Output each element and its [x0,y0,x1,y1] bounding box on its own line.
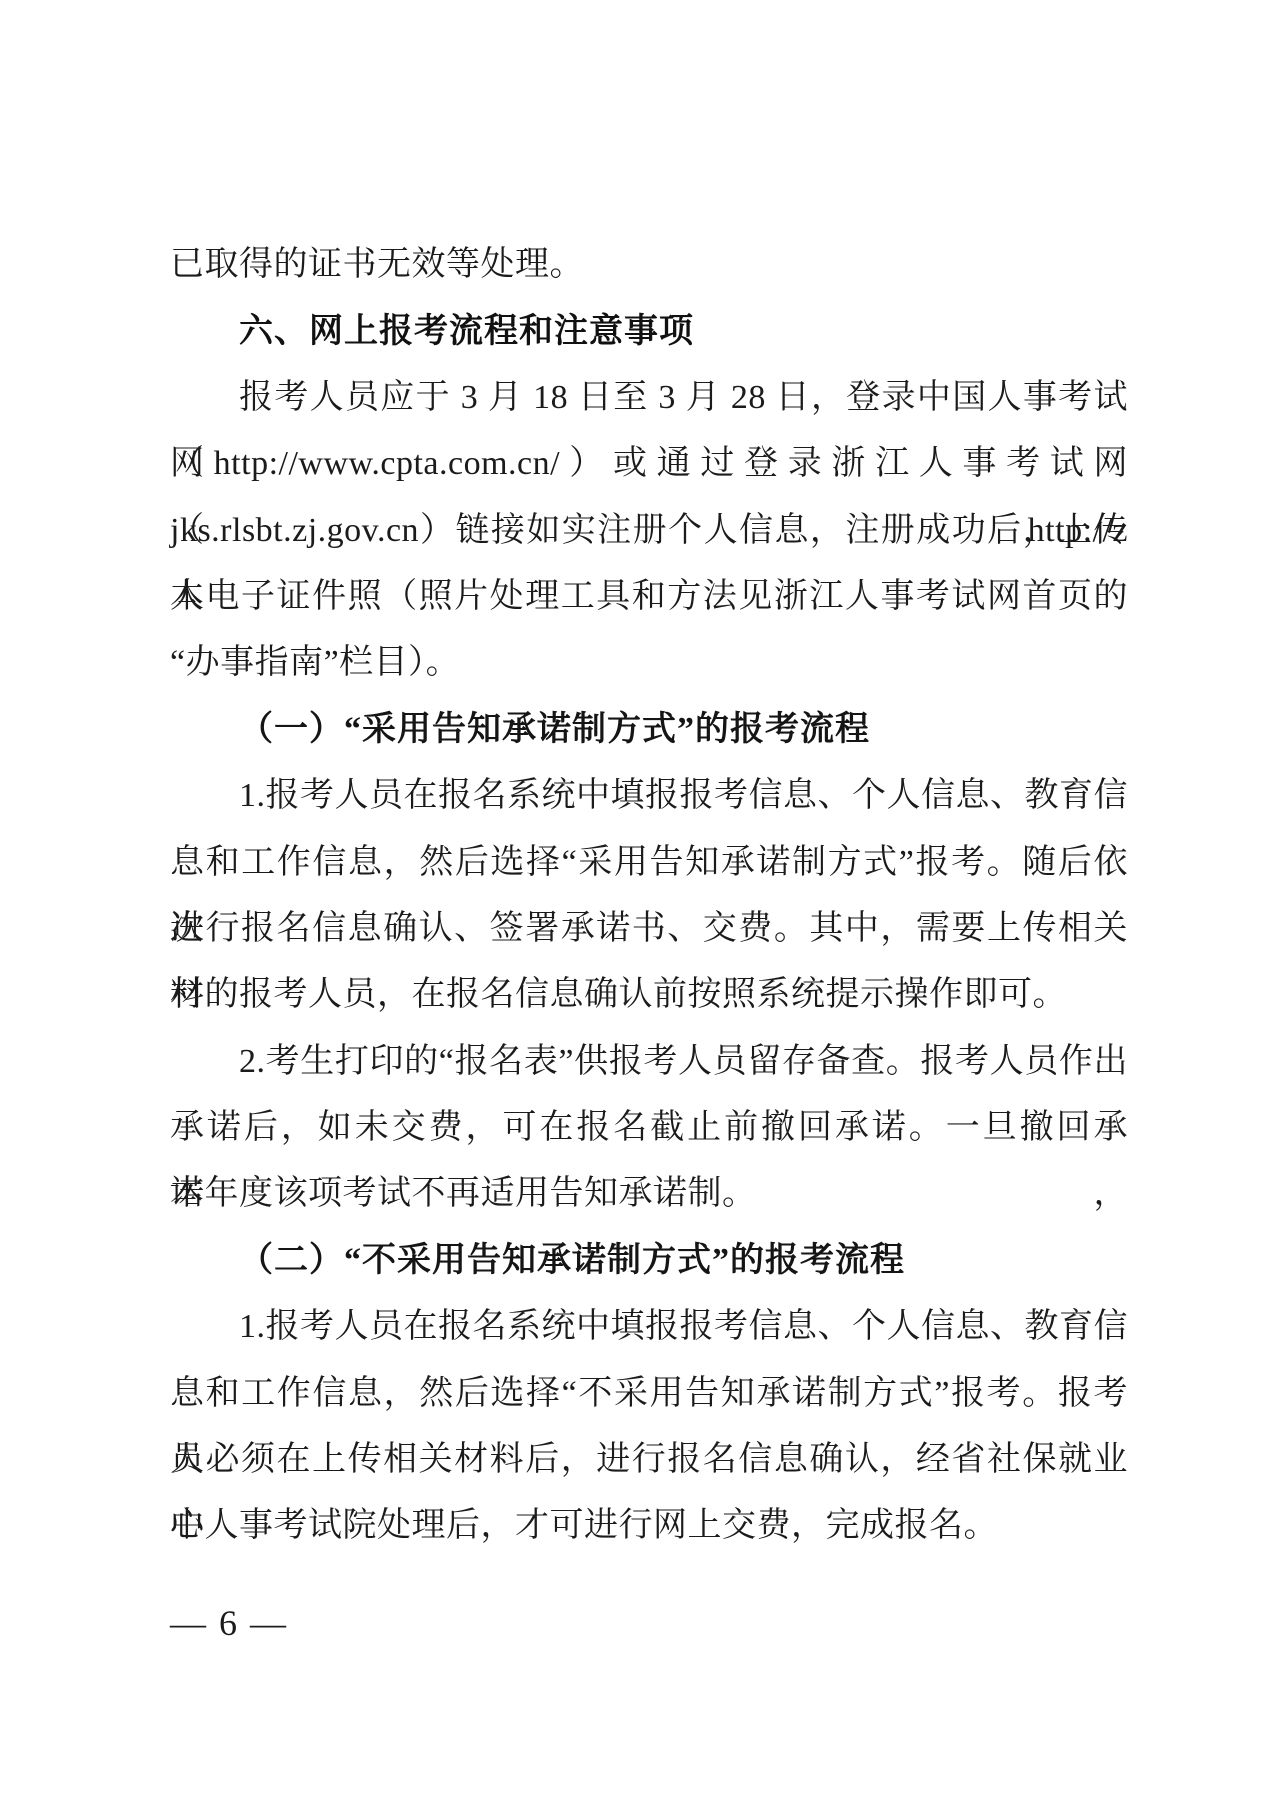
paragraph-line: 人电子证件照（照片处理工具和方法见浙江人事考试网首页的 [170,564,1128,630]
paragraph-line: 2.考生打印的“报名表”供报考人员留存备查。报考人员作出 [170,1029,1128,1095]
document-page: 已取得的证书无效等处理。 六、网上报考流程和注意事项 报考人员应于 3 月 18… [0,0,1280,1809]
paragraph-line: 承诺后，如未交费，可在报名截止前撤回承诺。一旦撤回承诺， [170,1095,1128,1161]
subheading-without-commitment-mode: （二）“不采用告知承诺制方式”的报考流程 [170,1228,1128,1294]
paragraph-line: 进行报名信息确认、签署承诺书、交费。其中，需要上传相关材 [170,896,1128,962]
paragraph-line: 息和工作信息，然后选择“不采用告知承诺制方式”报考。报考人 [170,1361,1128,1427]
paragraph-line: 心人事考试院处理后，才可进行网上交费，完成报名。 [170,1493,1128,1559]
paragraph-line: 1.报考人员在报名系统中填报报考信息、个人信息、教育信 [170,763,1128,829]
section-heading-online-registration: 六、网上报考流程和注意事项 [170,298,1128,364]
paragraph-line: 已取得的证书无效等处理。 [170,232,1128,298]
paragraph-line: 料的报考人员，在报名信息确认前按照系统提示操作即可。 [170,962,1128,1028]
paragraph-line-url-cpta: （http://www.cpta.com.cn/）或通过登录浙江人事考试网（ht… [170,431,1128,497]
paragraph-line: “办事指南”栏目）。 [170,630,1128,696]
paragraph-line: 1.报考人员在报名系统中填报报考信息、个人信息、教育信 [170,1294,1128,1360]
paragraph-line: 息和工作信息，然后选择“采用告知承诺制方式”报考。随后依次 [170,830,1128,896]
subheading-with-commitment-mode: （一）“采用告知承诺制方式”的报考流程 [170,697,1128,763]
document-body: 已取得的证书无效等处理。 六、网上报考流程和注意事项 报考人员应于 3 月 18… [170,232,1128,1560]
page-number: — 6 — [170,1601,288,1645]
paragraph-line-url-zjks: jks.rlsbt.zj.gov.cn）链接如实注册个人信息，注册成功后，上传本 [170,498,1128,564]
paragraph-line: 报考人员应于 3 月 18 日至 3 月 28 日，登录中国人事考试网 [170,365,1128,431]
paragraph-line: 员必须在上传相关材料后，进行报名信息确认，经省社保就业中 [170,1427,1128,1493]
